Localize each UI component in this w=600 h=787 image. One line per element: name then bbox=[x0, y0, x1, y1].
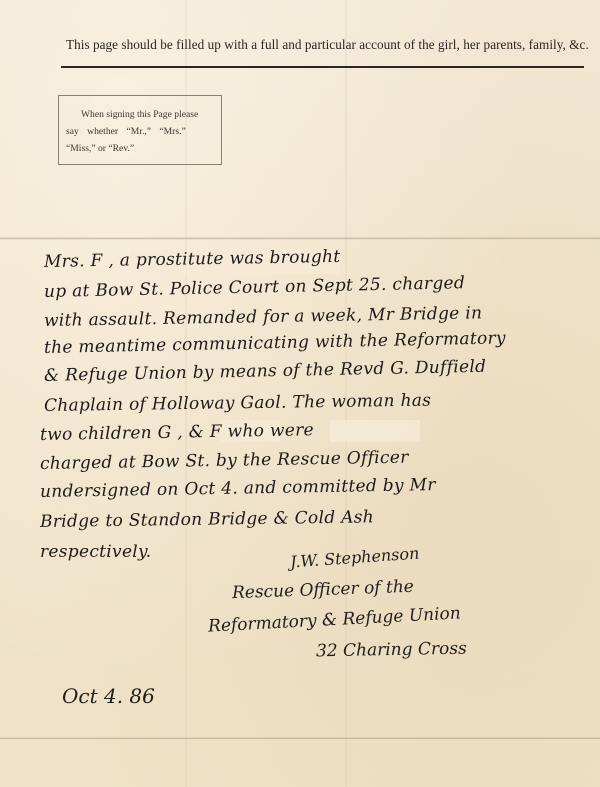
header-instruction: This page should be filled up with a ful… bbox=[66, 37, 586, 53]
document-date: Oct 4. 86 bbox=[62, 684, 155, 708]
fold-crease-lower bbox=[0, 737, 600, 740]
signature-address: 32 Charing Cross bbox=[316, 639, 467, 662]
signing-notice-box: When signing this Page please say whethe… bbox=[58, 95, 222, 165]
notice-line-3: “Miss,” or “Rev.” bbox=[66, 143, 134, 154]
fold-crease-upper bbox=[0, 237, 600, 240]
notice-line-1: When signing this Page please bbox=[81, 109, 198, 120]
handwritten-line: respectively. bbox=[40, 542, 151, 562]
header-rule bbox=[61, 66, 584, 68]
notice-line-2: say whether “Mr.,” “Mrs.” bbox=[66, 126, 186, 137]
redaction-patch bbox=[330, 420, 420, 442]
